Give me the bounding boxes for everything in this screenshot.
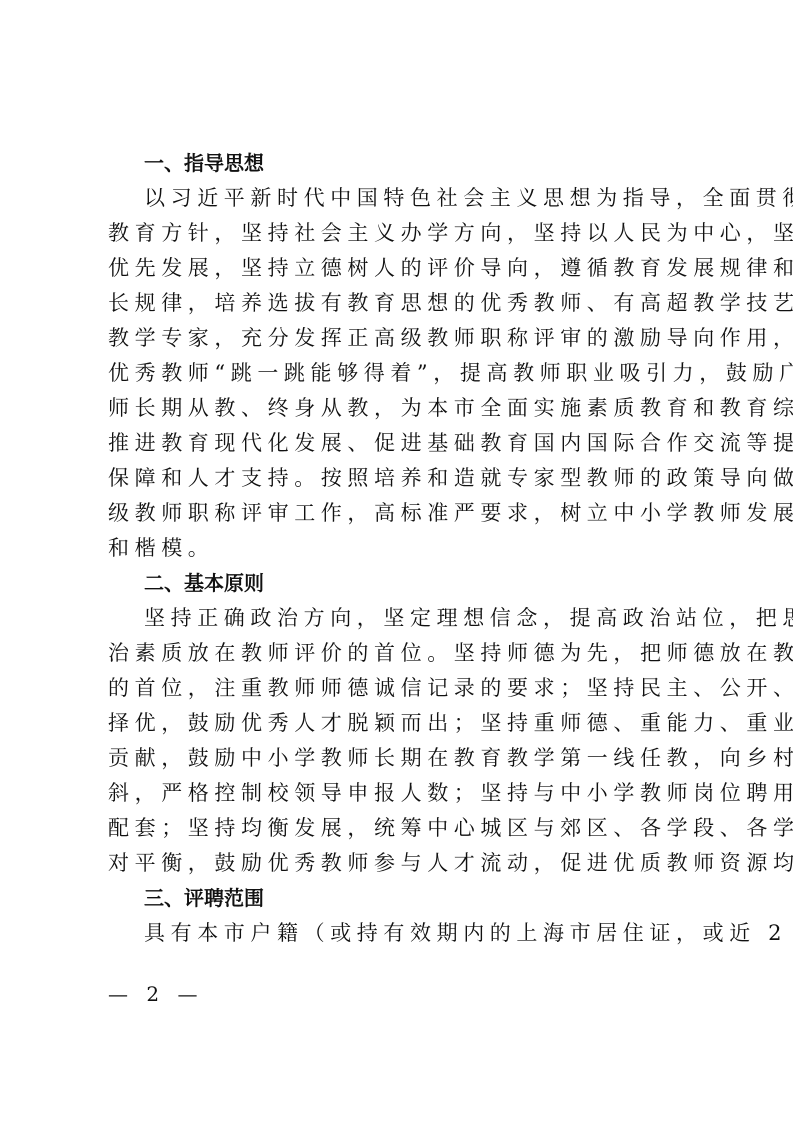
paragraph-line: 优先发展，坚持立德树人的评价导向，遵循教育发展规律和教师成 <box>108 251 690 286</box>
paragraph-line: 教育方针，坚持社会主义办学方向，坚持以人民为中心，坚持人才 <box>108 216 690 251</box>
paragraph-line: 保障和人才支持。按照培养和造就专家型教师的政策导向做好正高 <box>108 461 690 496</box>
section-heading-guiding-ideology: 一、指导思想 <box>108 146 690 181</box>
paragraph-line: 推进教育现代化发展、促进基础教育国内国际合作交流等提供制度 <box>108 426 690 461</box>
paragraph-line: 贡献，鼓励中小学教师长期在教育教学第一线任教，向乡村教师倾 <box>108 741 690 776</box>
paragraph-line: 对平衡，鼓励优秀教师参与人才流动，促进优质教师资源均衡配置。 <box>108 846 690 881</box>
paragraph-line: 斜，严格控制校领导申报人数；坚持与中小学教师岗位聘用制度相 <box>108 776 690 811</box>
paragraph-line: 具有本市户籍（或持有效期内的上海市居住证，或近 2 年内在 <box>108 916 690 951</box>
paragraph-line: 以习近平新时代中国特色社会主义思想为指导，全面贯彻党的 <box>108 181 690 216</box>
paragraph-line: 级教师职称评审工作，高标准严要求，树立中小学教师发展的标杆 <box>108 496 690 531</box>
document-page: 一、指导思想 以习近平新时代中国特色社会主义思想为指导，全面贯彻党的 教育方针，… <box>108 146 690 951</box>
paragraph-line: 治素质放在教师评价的首位。坚持师德为先，把师德放在教师评价 <box>108 636 690 671</box>
paragraph-line: 择优，鼓励优秀人才脱颖而出；坚持重师德、重能力、重业绩、重 <box>108 706 690 741</box>
section-heading-evaluation-scope: 三、评聘范围 <box>108 881 690 916</box>
paragraph-line: 配套；坚持均衡发展，统筹中心城区与郊区、各学段、各学科的相 <box>108 811 690 846</box>
paragraph-line: 优秀教师“跳一跳能够得着”，提高教师职业吸引力，鼓励广大教 <box>108 356 690 391</box>
paragraph-line: 长规律，培养选拔有教育思想的优秀教师、有高超教学技艺的教育 <box>108 286 690 321</box>
paragraph-line: 的首位，注重教师师德诚信记录的要求；坚持民主、公开、竞争、 <box>108 671 690 706</box>
paragraph-line: 坚持正确政治方向，坚定理想信念，提高政治站位，把思想政 <box>108 601 690 636</box>
paragraph-line: 师长期从教、终身从教，为本市全面实施素质教育和教育综合改革、 <box>108 391 690 426</box>
page-number: — 2 — <box>108 982 203 1006</box>
paragraph-line: 和楷模。 <box>108 531 690 566</box>
section-heading-basic-principles: 二、基本原则 <box>108 566 690 601</box>
paragraph-line: 教学专家，充分发挥正高级教师职称评审的激励导向作用，让更多 <box>108 321 690 356</box>
